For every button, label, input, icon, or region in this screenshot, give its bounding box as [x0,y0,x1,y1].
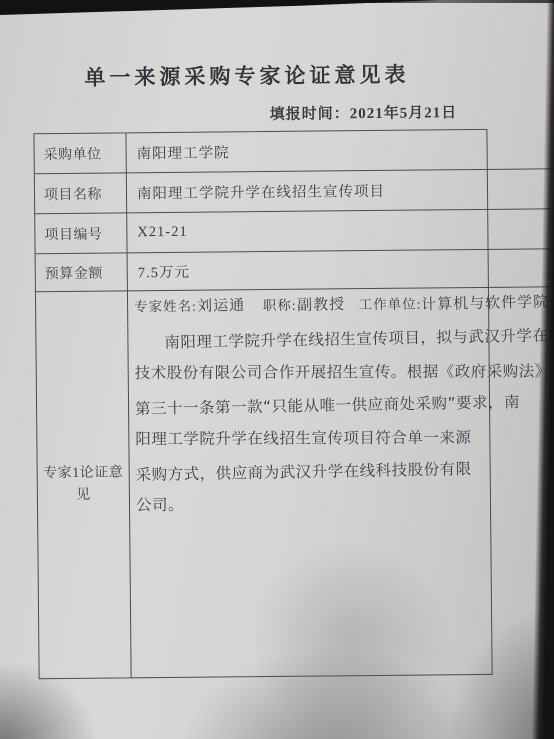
row-label-project-name: 项目名称 [35,173,127,214]
expert-opinion-text: 南阳理工学院升学在线招生宣传项目，拟与武汉升学在线 技术股份有限公司合作开展招生… [134,321,554,523]
expert-name-label: 专家姓名: [134,295,197,316]
expert-title-label: 职称: [263,294,297,314]
fill-date: 填报时间：2021年5月21日 [0,101,457,126]
paper-sheet: 单一来源采购专家论证意见表 填报时间：2021年5月21日 采购单位 南阳理工学… [0,0,554,739]
opinion-line: 第三十一条第一款“只能从唯一供应商处采购”要求，南 [135,385,554,426]
row-label-purchasing-unit: 采购单位 [34,133,126,174]
expert-name-value: 刘运通 [197,294,245,316]
row-value-purchasing-unit: 南阳理工学院 [126,129,554,173]
document-photo: 单一来源采购专家论证意见表 填报时间：2021年5月21日 采购单位 南阳理工学… [0,0,554,739]
row-value-project-name: 南阳理工学院升学在线招生宣传项目 [127,169,554,213]
opinion-line: 公司。 [136,487,554,522]
expert-row-label: 专家1论证意见 [36,291,132,678]
row-label-project-number: 项目编号 [35,213,127,254]
row-label-budget-amount: 预算金额 [36,253,128,292]
expert-header-line: 专家姓名:刘运通职称:副教授工作单位:计算机与软件学院 [134,291,554,316]
form-title: 单一来源采购专家论证意见表 [0,58,497,93]
expert-unit-label: 工作单位: [359,293,422,314]
opinion-line: 阳理工学院升学在线招生宣传项目符合单一来源 [135,421,554,456]
opinion-line: 南阳理工学院升学在线招生宣传项目，拟与武汉升学在线 [134,319,554,360]
expert-title-value: 副教授 [296,293,344,315]
row-value-budget-amount: 7.5万元 [128,249,554,291]
opinion-line: 技术股份有限公司合作开展招生宣传。根据《政府采购法》 [135,355,554,390]
row-value-project-number: X21-21 [127,209,554,253]
opinion-line: 采购方式，供应商为武汉升学在线科技股份有限 [135,451,554,492]
form-table: 采购单位 南阳理工学院 项目名称 南阳理工学院升学在线招生宣传项目 项目编号 X… [33,129,492,679]
expert-opinion-cell: 专家姓名:刘运通职称:副教授工作单位:计算机与软件学院 南阳理工学院升学在线招生… [128,287,554,677]
photo-edge-right [528,0,554,739]
